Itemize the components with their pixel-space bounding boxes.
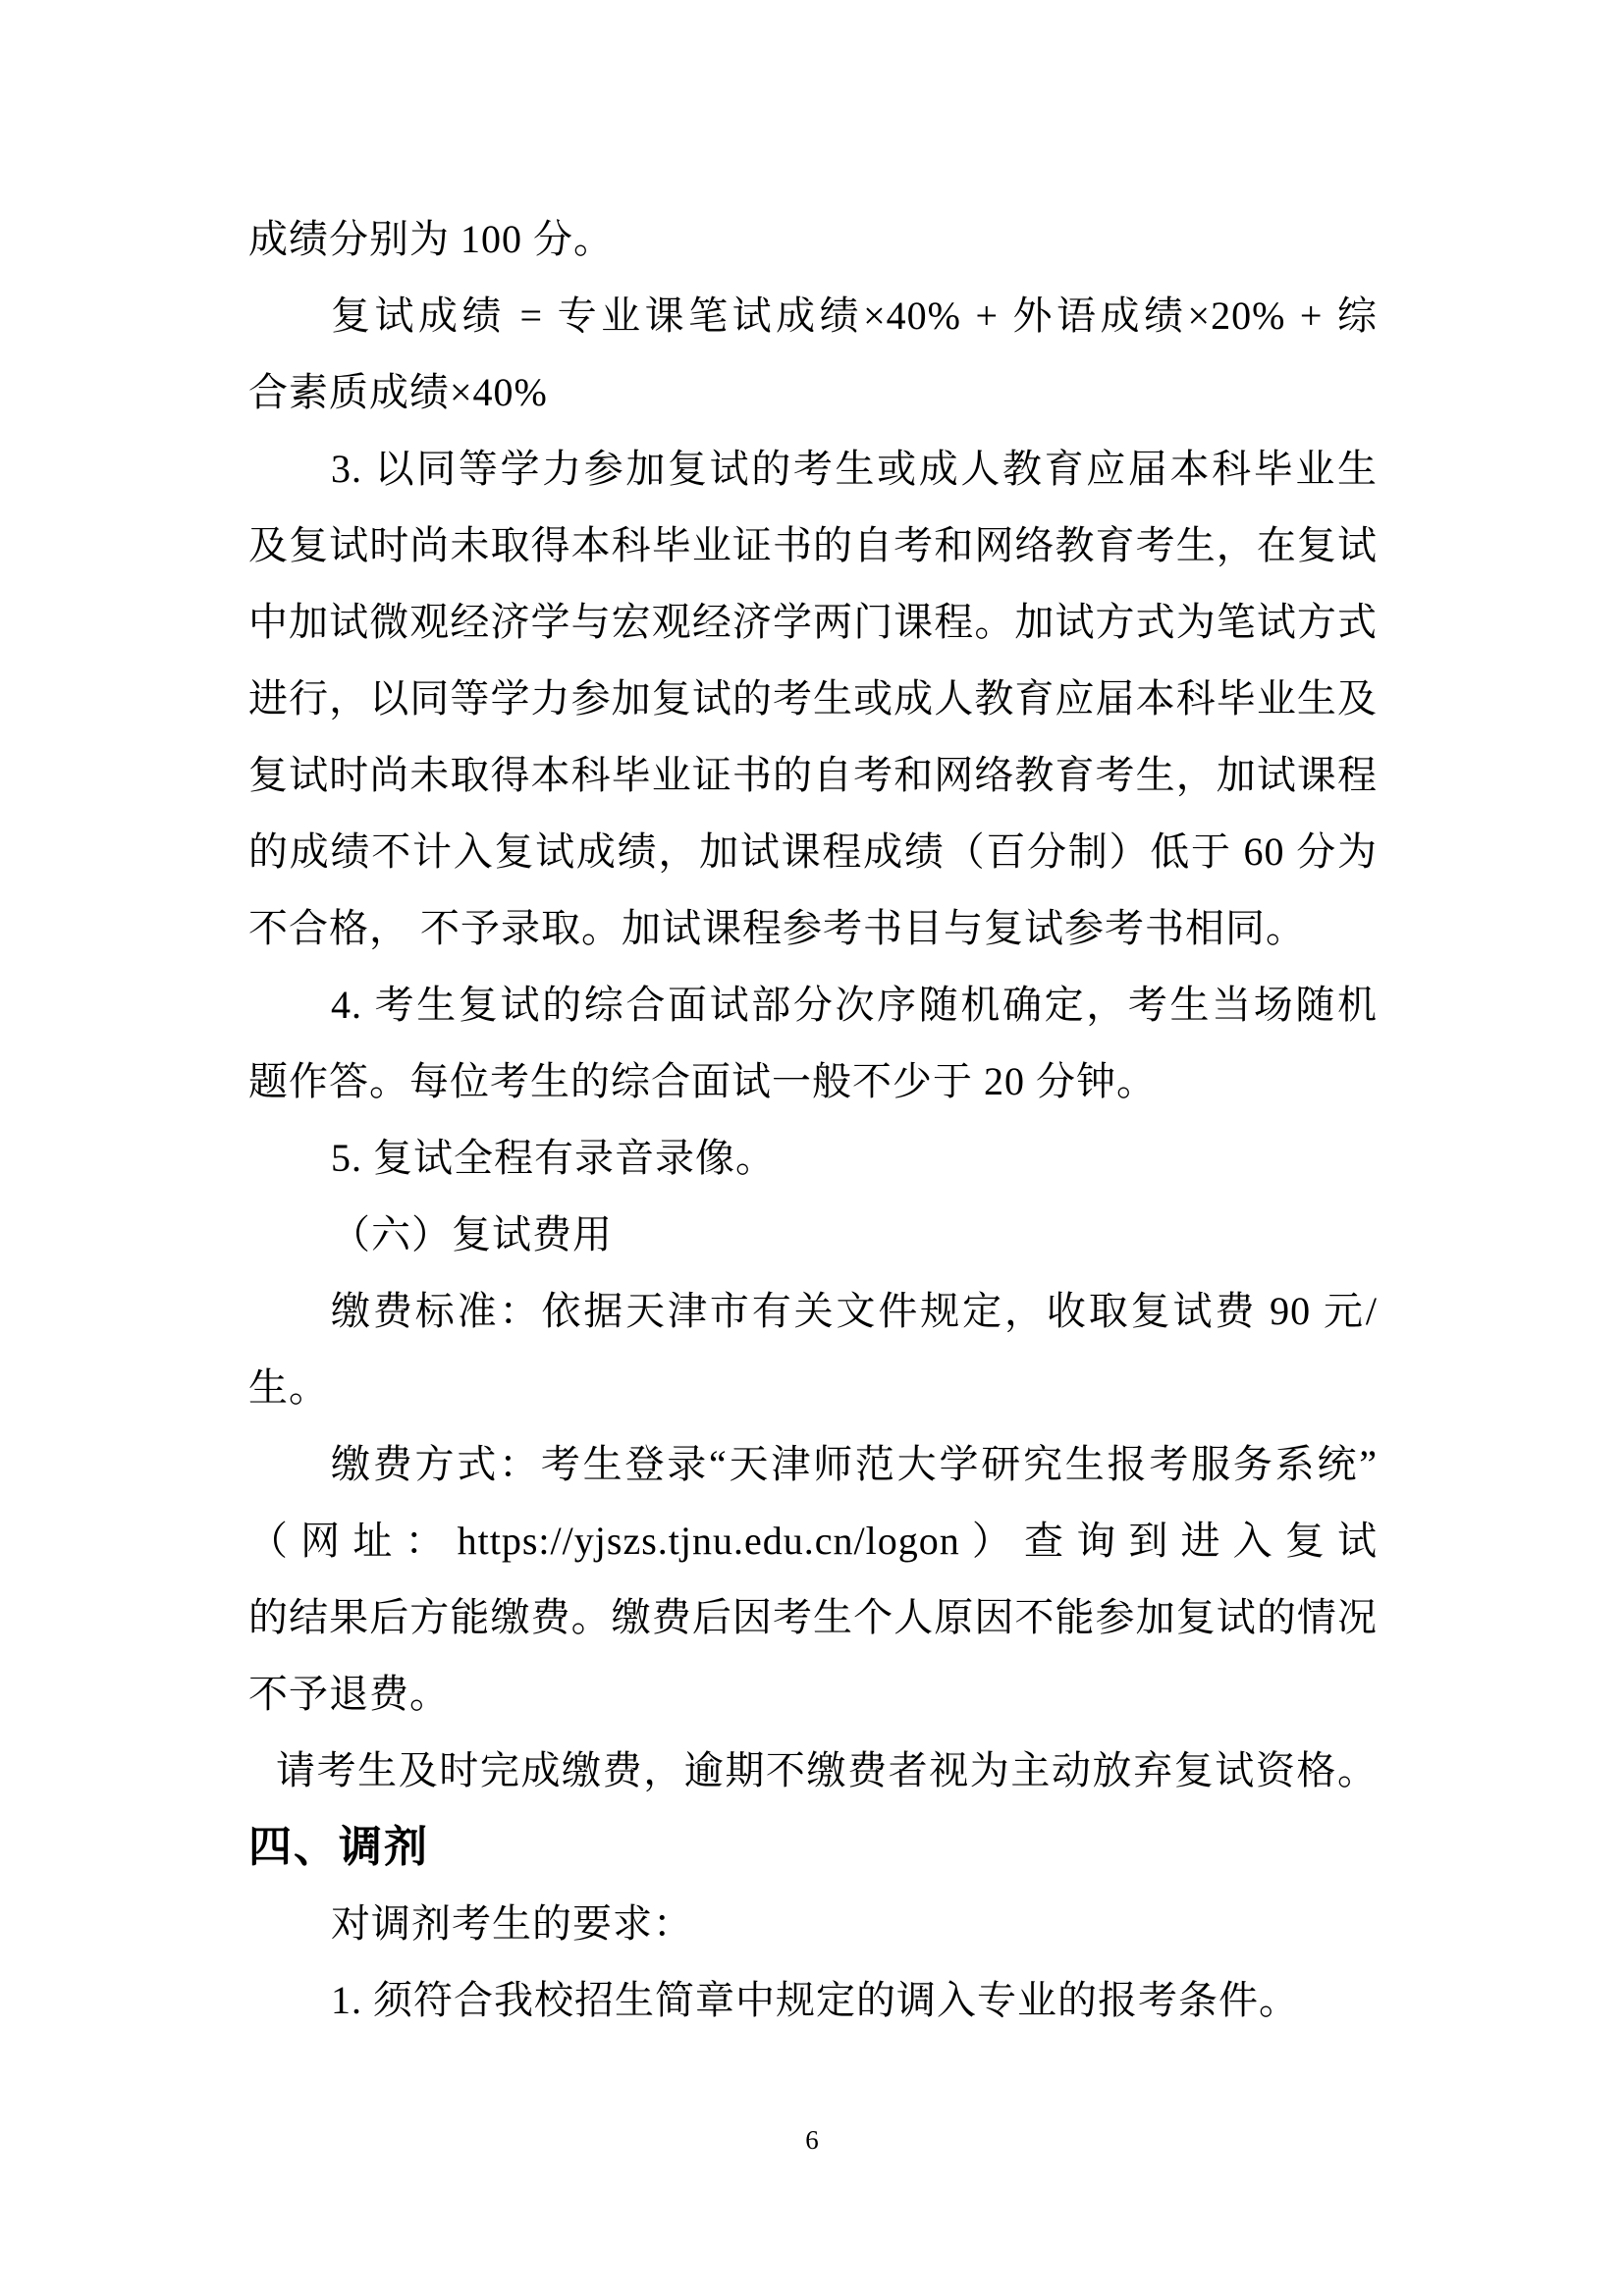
text-line: 生。 xyxy=(248,1350,1378,1426)
text-line: 4. 考生复试的综合面试部分次序随机确定，考生当场随机抽 xyxy=(248,967,1378,1043)
text-line: 及复试时尚未取得本科毕业证书的自考和网络教育考生，在复试 xyxy=(248,507,1378,584)
text-line: 不予退费。 xyxy=(248,1656,1378,1733)
text-line: 合素质成绩×40% xyxy=(248,354,1378,431)
text-line: 的结果后方能缴费。缴费后因考生个人原因不能参加复试的情况 xyxy=(248,1579,1378,1656)
text-line: 中加试微观经济学与宏观经济学两门课程。加试方式为笔试方式 xyxy=(248,584,1378,661)
page-content: 成绩分别为 100 分。 复试成绩 = 专业课笔试成绩×40% + 外语成绩×2… xyxy=(248,201,1378,2039)
text-line: 进行，以同等学力参加复试的考生或成人教育应届本科毕业生及 xyxy=(248,661,1378,737)
text-line: 的成绩不计入复试成绩，加试课程成绩（百分制）低于 60 分为 xyxy=(248,814,1378,890)
text-line: 缴费标准：依据天津市有关文件规定，收取复试费 90 元/ xyxy=(248,1273,1378,1350)
text-line: 请考生及时完成缴费，逾期不缴费者视为主动放弃复试资格。 xyxy=(248,1733,1378,1809)
text-line: （网址：https://yjszs.tjnu.edu.cn/logon）查询到进… xyxy=(248,1503,1378,1579)
text-line: 复试成绩 = 专业课笔试成绩×40% + 外语成绩×20% + 综 xyxy=(248,278,1378,354)
text-line: 复试时尚未取得本科毕业证书的自考和网络教育考生，加试课程 xyxy=(248,737,1378,814)
text-line: 5. 复试全程有录音录像。 xyxy=(248,1120,1378,1197)
text-line: 3. 以同等学力参加复试的考生或成人教育应届本科毕业生 xyxy=(248,431,1378,507)
text-line: 题作答。每位考生的综合面试一般不少于 20 分钟。 xyxy=(248,1043,1378,1120)
text-line: 缴费方式：考生登录“天津师范大学研究生报考服务系统” xyxy=(248,1426,1378,1503)
text-line: 对调剂考生的要求： xyxy=(248,1886,1378,1962)
text-line: 1. 须符合我校招生简章中规定的调入专业的报考条件。 xyxy=(248,1962,1378,2039)
text-line: 不合格， 不予录取。加试课程参考书目与复试参考书相同。 xyxy=(248,890,1378,967)
section-heading: 四、调剂 xyxy=(248,1809,1378,1886)
document-page: 成绩分别为 100 分。 复试成绩 = 专业课笔试成绩×40% + 外语成绩×2… xyxy=(0,0,1624,2296)
subsection-heading: （六）复试费用 xyxy=(248,1197,1378,1273)
text-line: 成绩分别为 100 分。 xyxy=(248,201,1378,278)
page-number: 6 xyxy=(0,2120,1624,2160)
